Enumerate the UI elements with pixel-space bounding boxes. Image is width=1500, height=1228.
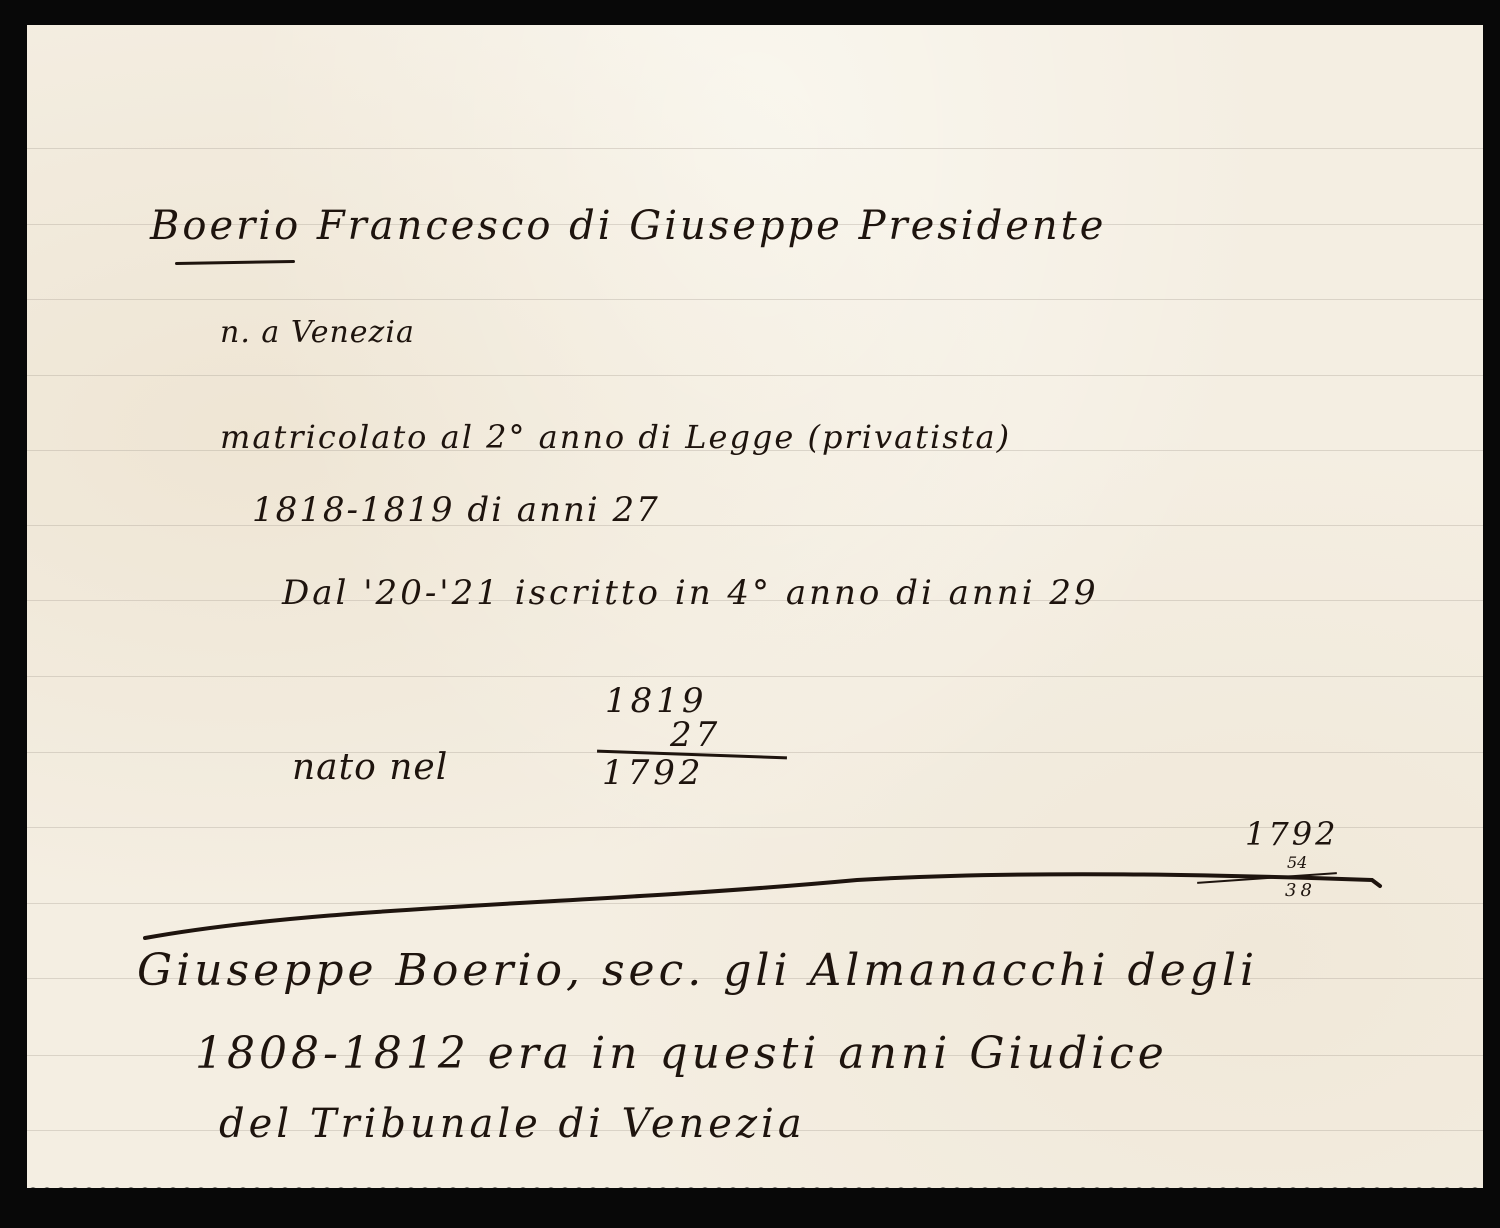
- note-line-1: Giuseppe Boerio, sec. gli Almanacchi deg…: [137, 945, 1258, 996]
- document-paper: Boerio Francesco di Giuseppe Presidente …: [27, 25, 1483, 1188]
- note-line-3: del Tribunale di Venezia: [219, 1101, 806, 1147]
- separator-stroke: [27, 25, 1483, 1188]
- note-line-2: 1808-1812 era in questi anni Giudice: [195, 1028, 1168, 1079]
- torn-edge: [27, 1182, 1483, 1188]
